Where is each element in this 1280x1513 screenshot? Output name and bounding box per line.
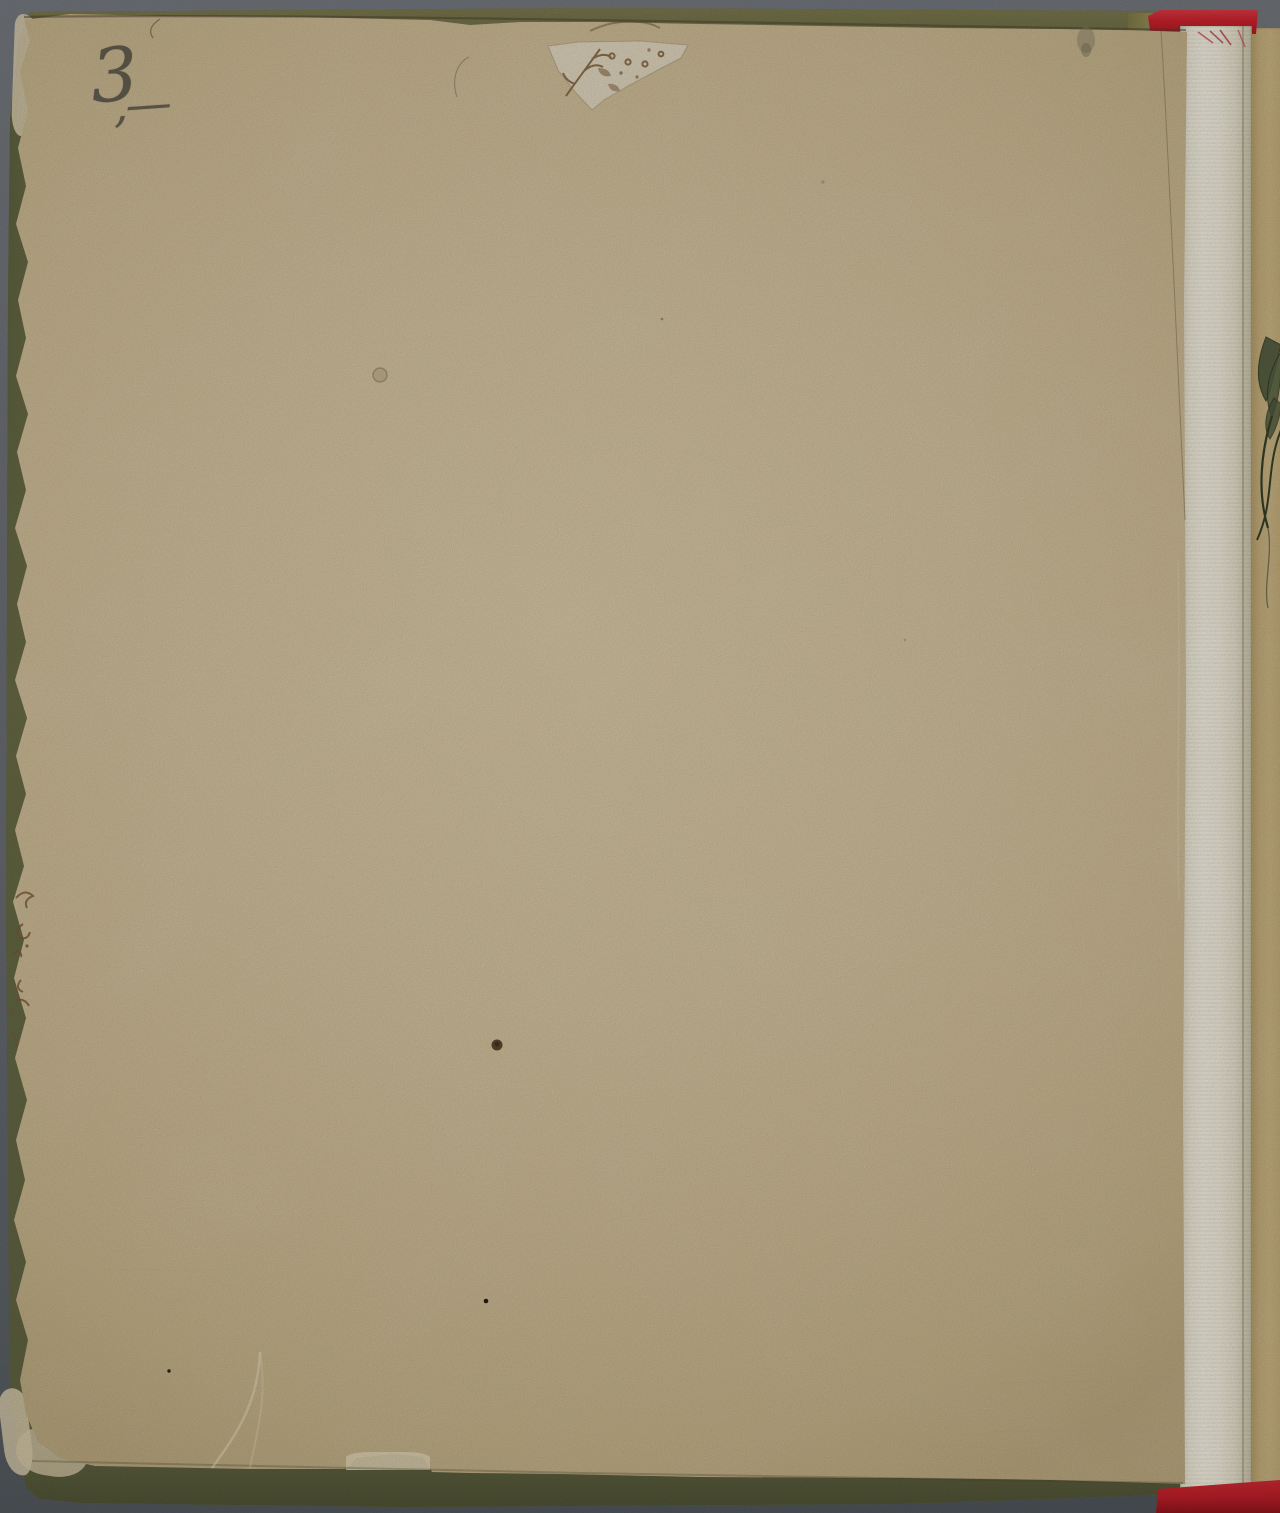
cover-edge-line — [24, 16, 1186, 1483]
paper-specks — [167, 180, 906, 1372]
book-endpaper-scan: 3 ,— — [0, 0, 1280, 1513]
scratch-marks — [60, 19, 1185, 1468]
stain-ring — [373, 368, 387, 382]
ink-spot — [492, 1040, 503, 1051]
handwriting-line2: ,— — [111, 79, 171, 129]
plant-drawing — [1257, 337, 1280, 608]
red-fray-fibers — [1198, 30, 1245, 47]
endpaper-fragment — [548, 22, 688, 110]
fragment-arc-over-cover — [590, 22, 660, 31]
scan-detail-marks — [0, 0, 1280, 1513]
price-annotation: 3 ,— — [80, 31, 227, 150]
smudge-top — [1077, 27, 1095, 57]
pattern-remnants-left-edge — [9, 892, 33, 1048]
